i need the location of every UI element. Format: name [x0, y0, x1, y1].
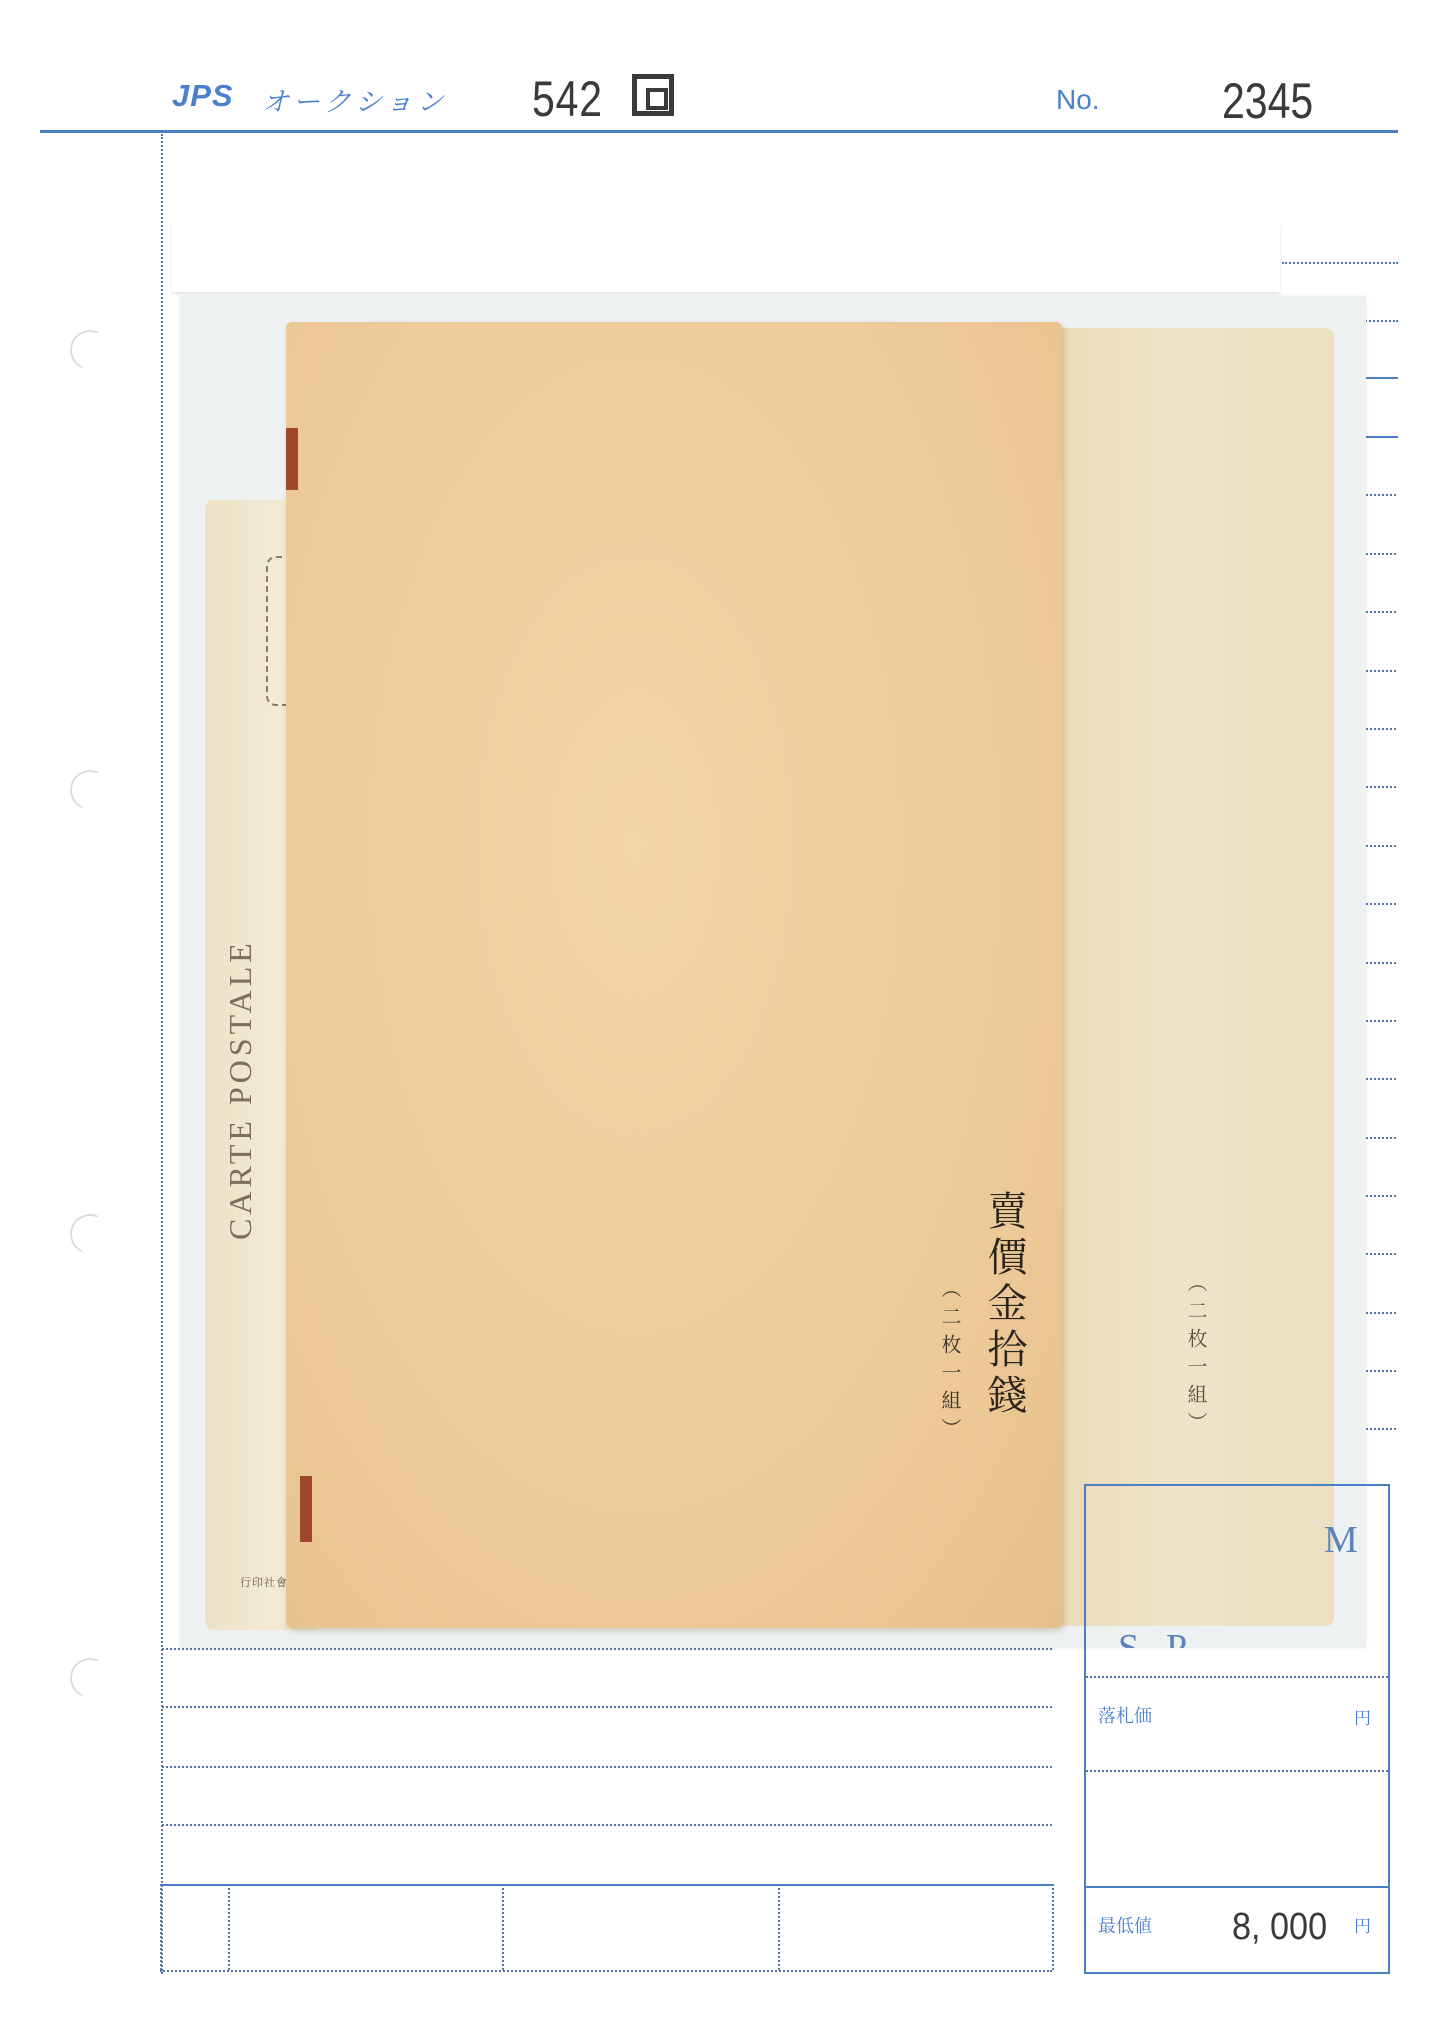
brand-suffix: オークション: [262, 80, 447, 119]
minimum-price-label: 最低値: [1098, 1912, 1152, 1938]
hammer-price-label: 落札価: [1098, 1702, 1152, 1728]
binder-hole-icon: [64, 1208, 115, 1259]
header-rule: [40, 130, 1398, 133]
partial-letter-m: M: [1324, 1518, 1358, 1562]
panel-divider: [1086, 1676, 1388, 1678]
right-card-set-note: （二枚一組）: [1182, 1272, 1211, 1440]
panel-divider: [1086, 1770, 1388, 1772]
minimum-currency: 円: [1354, 1912, 1371, 1937]
carte-postale-text: CARTE POSTALE: [222, 939, 259, 1240]
set-note-inscription: （二枚一組）: [936, 1278, 965, 1446]
binder-hole-icon: [64, 1652, 115, 1703]
top-sleeve-flap: [172, 222, 1280, 292]
red-seal-mark-top: [286, 428, 298, 490]
hammer-currency: 円: [1354, 1704, 1371, 1729]
lot-number: 2345: [1222, 72, 1313, 130]
publisher-imprint: 行印社會: [240, 1574, 288, 1590]
binder-hole-icon: [64, 764, 115, 815]
binder-hole-icon: [64, 324, 115, 375]
brand-logo: JPS: [172, 78, 234, 114]
hammer-price-field[interactable]: [1180, 1700, 1340, 1728]
red-seal-mark-bottom: [300, 1476, 312, 1542]
minimum-price-value: 8, 000: [1232, 1906, 1327, 1949]
kai-box-icon: [632, 74, 674, 116]
price-inscription: 賣價金拾錢: [976, 1190, 1033, 1420]
sheet-left-border: [161, 134, 163, 1974]
lot-label: No.: [1056, 84, 1100, 116]
panel-divider-solid: [1086, 1886, 1388, 1888]
auction-number: 542: [532, 70, 603, 128]
